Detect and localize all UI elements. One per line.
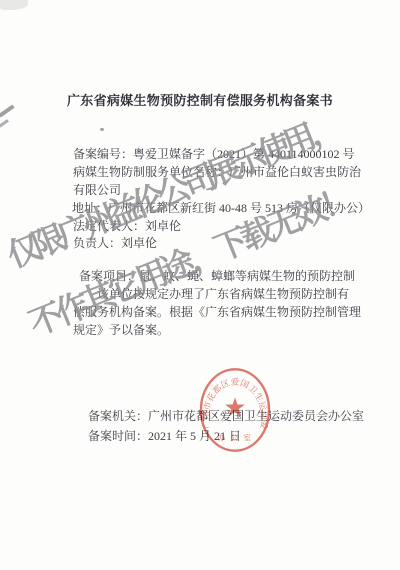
body-paragraph-line-1: 该单位按规定办理了广东省病媒生物预防控制有	[97, 287, 349, 302]
document-title: 广东省病媒生物预防控制有偿服务机构备案书	[0, 90, 400, 109]
body-paragraph-line-2: 偿服务机构备案。根据《广东省病媒生物预防控制管理	[73, 305, 361, 320]
field-service-unit-name-cont: 有限公司	[73, 183, 121, 198]
field-service-unit-name: 病媒生物防制服务单位名称：广州市益伦白蚁害虫防治	[73, 165, 361, 180]
watermark-line-1: 仅限广州益伦公司展示使用，	[0, 102, 342, 277]
field-legal-representative: 法定代表人：刘卓伦	[73, 219, 181, 234]
scan-smudge	[0, 0, 28, 10]
scanned-document-page: 广东省病媒生物预防控制有偿服务机构备案书 备案编号：粤爱卫媒备字（2021）第 …	[0, 0, 400, 570]
field-registration-number: 备案编号：粤爱卫媒备字（2021）第 440114000102 号	[73, 147, 355, 162]
scan-mark	[0, 119, 9, 128]
field-filing-project: 备案项目：鼠、蚊、蝇、蟑螂等病媒生物的预防控制	[79, 269, 355, 284]
field-filing-authority: 备案机关：广州市花都区爱国卫生运动委员会办公室	[88, 409, 364, 424]
field-address: 地址：广州市花都区新红街 40-48 号 513 房（仅限办公）	[72, 201, 370, 216]
field-filing-date: 备案时间：2021 年 5 月 21 日	[88, 429, 241, 444]
field-person-in-charge: 负责人：刘卓伦	[73, 236, 157, 251]
scan-speck	[100, 128, 104, 131]
body-paragraph-line-3: 规定》予以备案。	[73, 323, 169, 338]
